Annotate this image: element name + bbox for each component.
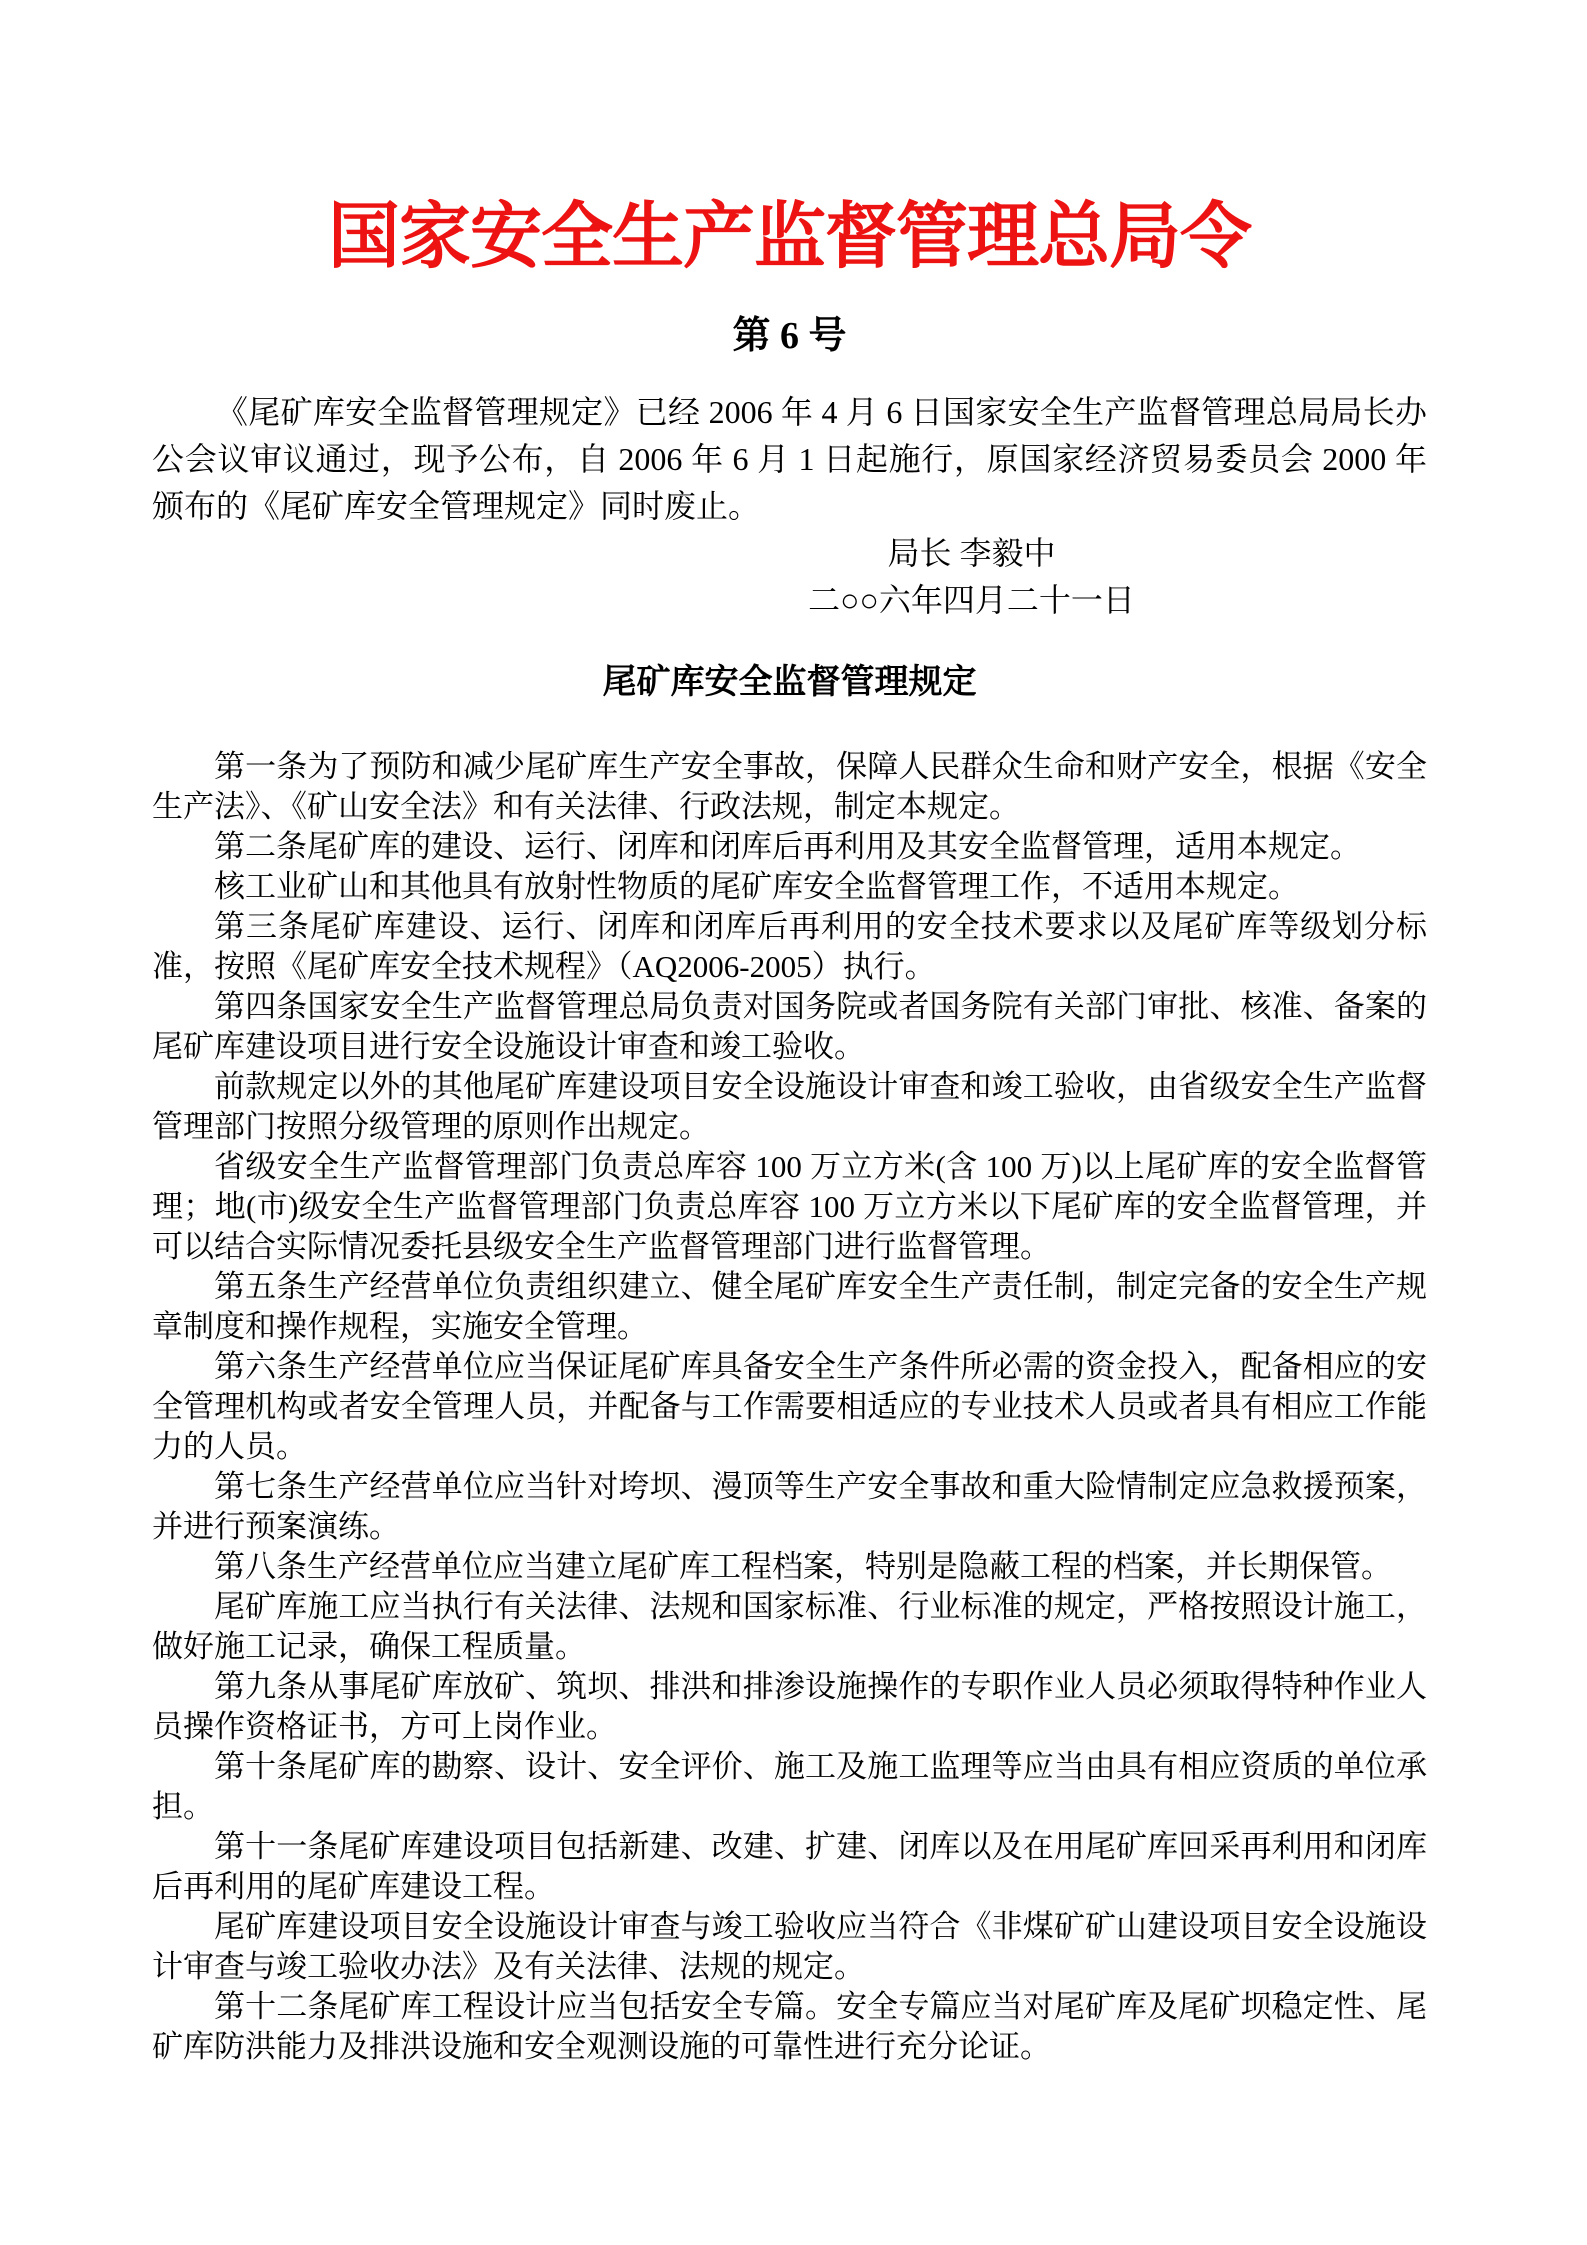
document-title: 国家安全生产监督管理总局令 [152,192,1427,282]
article-paragraph: 第一条为了预防和减少尾矿库生产安全事故，保障人民群众生命和财产安全，根据《安全生… [152,747,1427,827]
article-paragraph: 尾矿库建设项目安全设施设计审查与竣工验收应当符合《非煤矿矿山建设项目安全设施设计… [152,1907,1427,1987]
signer-name: 局长 李毅中 [516,530,1427,577]
regulation-articles: 第一条为了预防和减少尾矿库生产安全事故，保障人民群众生命和财产安全，根据《安全生… [152,747,1427,2067]
article-paragraph: 第二条尾矿库的建设、运行、闭库和闭库后再利用及其安全监督管理，适用本规定。 [152,827,1427,867]
article-paragraph: 前款规定以外的其他尾矿库建设项目安全设施设计审查和竣工验收，由省级安全生产监督管… [152,1067,1427,1147]
signature-block: 局长 李毅中 二○○六年四月二十一日 [152,530,1427,624]
article-paragraph: 尾矿库施工应当执行有关法律、法规和国家标准、行业标准的规定，严格按照设计施工，做… [152,1587,1427,1667]
issue-number: 第 6 号 [152,304,1427,359]
article-paragraph: 第四条国家安全生产监督管理总局负责对国务院或者国务院有关部门审批、核准、备案的尾… [152,987,1427,1067]
article-paragraph: 第九条从事尾矿库放矿、筑坝、排洪和排渗设施操作的专职作业人员必须取得特种作业人员… [152,1667,1427,1747]
article-paragraph: 第十一条尾矿库建设项目包括新建、改建、扩建、闭库以及在用尾矿库回采再利用和闭库后… [152,1827,1427,1907]
article-paragraph: 第十二条尾矿库工程设计应当包括安全专篇。安全专篇应当对尾矿库及尾矿坝稳定性、尾矿… [152,1987,1427,2067]
document-page: 国家安全生产监督管理总局令 第 6 号 《尾矿库安全监督管理规定》已经 2006… [0,0,1587,2245]
article-paragraph: 核工业矿山和其他具有放射性物质的尾矿库安全监督管理工作，不适用本规定。 [152,867,1427,907]
article-paragraph: 第三条尾矿库建设、运行、闭库和闭库后再利用的安全技术要求以及尾矿库等级划分标准，… [152,907,1427,987]
preamble-paragraph: 《尾矿库安全监督管理规定》已经 2006 年 4 月 6 日国家安全生产监督管理… [152,389,1427,530]
article-paragraph: 第七条生产经营单位应当针对垮坝、漫顶等生产安全事故和重大险情制定应急救援预案，并… [152,1467,1427,1547]
article-paragraph: 第五条生产经营单位负责组织建立、健全尾矿库安全生产责任制，制定完备的安全生产规章… [152,1267,1427,1347]
regulation-title: 尾矿库安全监督管理规定 [152,654,1427,703]
article-paragraph: 第八条生产经营单位应当建立尾矿库工程档案，特别是隐蔽工程的档案，并长期保管。 [152,1547,1427,1587]
article-paragraph: 第十条尾矿库的勘察、设计、安全评价、施工及施工监理等应当由具有相应资质的单位承担… [152,1747,1427,1827]
article-paragraph: 第六条生产经营单位应当保证尾矿库具备安全生产条件所必需的资金投入，配备相应的安全… [152,1347,1427,1467]
article-paragraph: 省级安全生产监督管理部门负责总库容 100 万立方米(含 100 万)以上尾矿库… [152,1147,1427,1267]
signature-date: 二○○六年四月二十一日 [516,577,1427,624]
